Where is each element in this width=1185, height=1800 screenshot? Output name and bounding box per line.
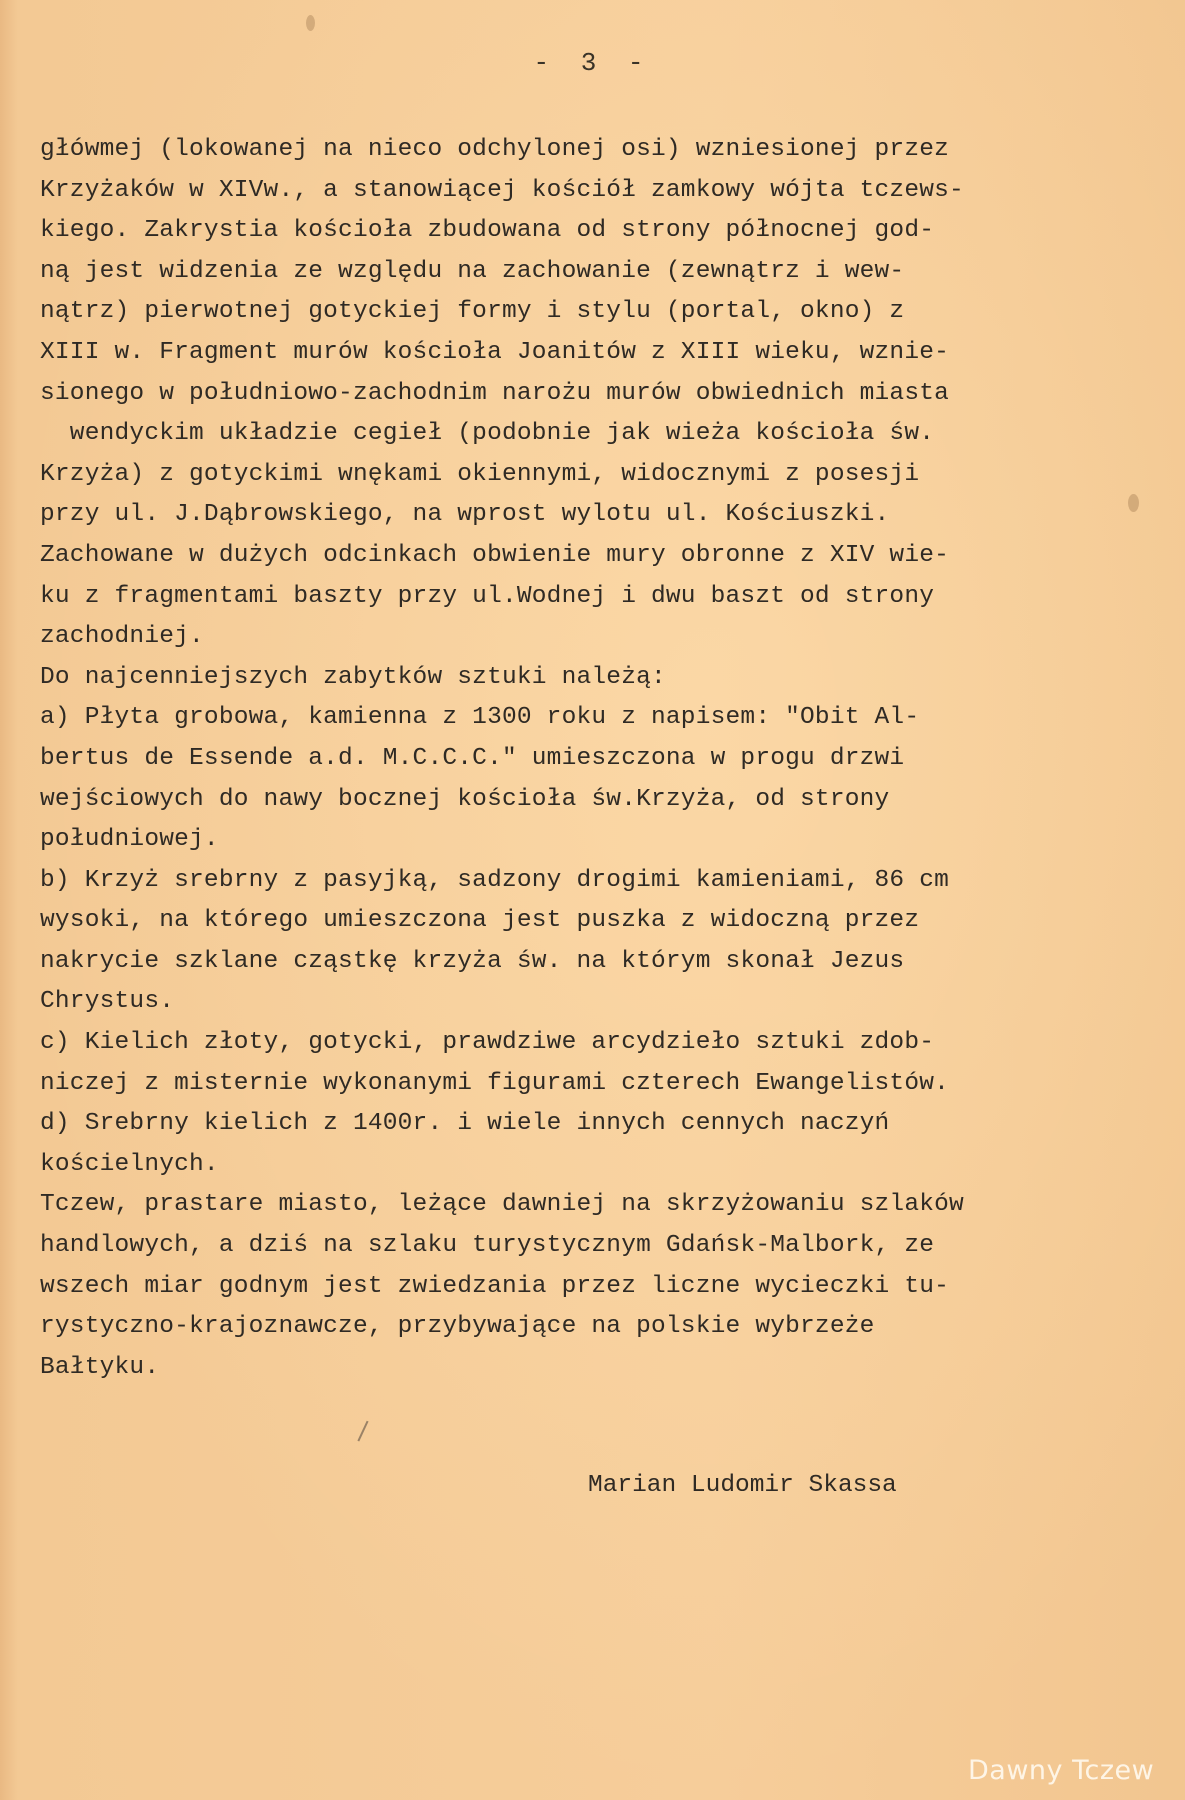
text-line: ku z fragmentami baszty przy ul.Wodnej i… [40,577,1150,618]
text-line: kiego. Zakrystia kościoła zbudowana od s… [40,211,1150,252]
ink-stain [306,15,315,31]
text-line: c) Kielich złoty, gotycki, prawdziwe arc… [40,1023,1150,1064]
text-line: kościelnych. [40,1145,1150,1186]
text-line: Zachowane w dużych odcinkach obwienie mu… [40,536,1150,577]
text-line: b) Krzyż srebrny z pasyjką, sadzony drog… [40,861,1150,902]
text-line: bertus de Essende a.d. M.C.C.C." umieszc… [40,739,1150,780]
text-line: d) Srebrny kielich z 1400r. i wiele inny… [40,1104,1150,1145]
document-body: główmej (lokowanej na nieco odchylonej o… [40,130,1150,1388]
watermark: Dawny Tczew [968,1755,1154,1786]
text-line: południowej. [40,820,1150,861]
text-line: Krzyżaków w XIVw., a stanowiącej kościół… [40,171,1150,212]
author-signature: Marian Ludomir Skassa [588,1472,897,1499]
text-line: nakrycie szklane cząstkę krzyża św. na k… [40,942,1150,983]
text-line: XIII w. Fragment murów kościoła Joanitów… [40,333,1150,374]
text-line: wysoki, na którego umieszczona jest pusz… [40,901,1150,942]
text-line: zachodniej. [40,617,1150,658]
text-line: nątrz) pierwotnej gotyckiej formy i styl… [40,292,1150,333]
text-line: Chrystus. [40,982,1150,1023]
text-line: rystyczno-krajoznawcze, przybywające na … [40,1307,1150,1348]
text-line: sionego w południowo-zachodnim narożu mu… [40,374,1150,415]
text-line: wszech miar godnym jest zwiedzania przez… [40,1267,1150,1308]
text-line: a) Płyta grobowa, kamienna z 1300 roku z… [40,698,1150,739]
text-line: Do najcenniejszych zabytków sztuki należ… [40,658,1150,699]
text-line: handlowych, a dziś na szlaku turystyczny… [40,1226,1150,1267]
text-line: Krzyża) z gotyckimi wnękami okiennymi, w… [40,455,1150,496]
text-line: główmej (lokowanej na nieco odchylonej o… [40,130,1150,171]
page-number: - 3 - [0,48,1185,78]
text-line: przy ul. J.Dąbrowskiego, na wprost wylot… [40,495,1150,536]
text-line: Tczew, prastare miasto, leżące dawniej n… [40,1185,1150,1226]
text-line: wendyckim układzie cegieł (podobnie jak … [40,414,1150,455]
text-line: niczej z misternie wykonanymi figurami c… [40,1064,1150,1105]
text-line: wejściowych do nawy bocznej kościoła św.… [40,780,1150,821]
text-line: ną jest widzenia ze względu na zachowani… [40,252,1150,293]
text-line: Bałtyku. [40,1348,1150,1389]
